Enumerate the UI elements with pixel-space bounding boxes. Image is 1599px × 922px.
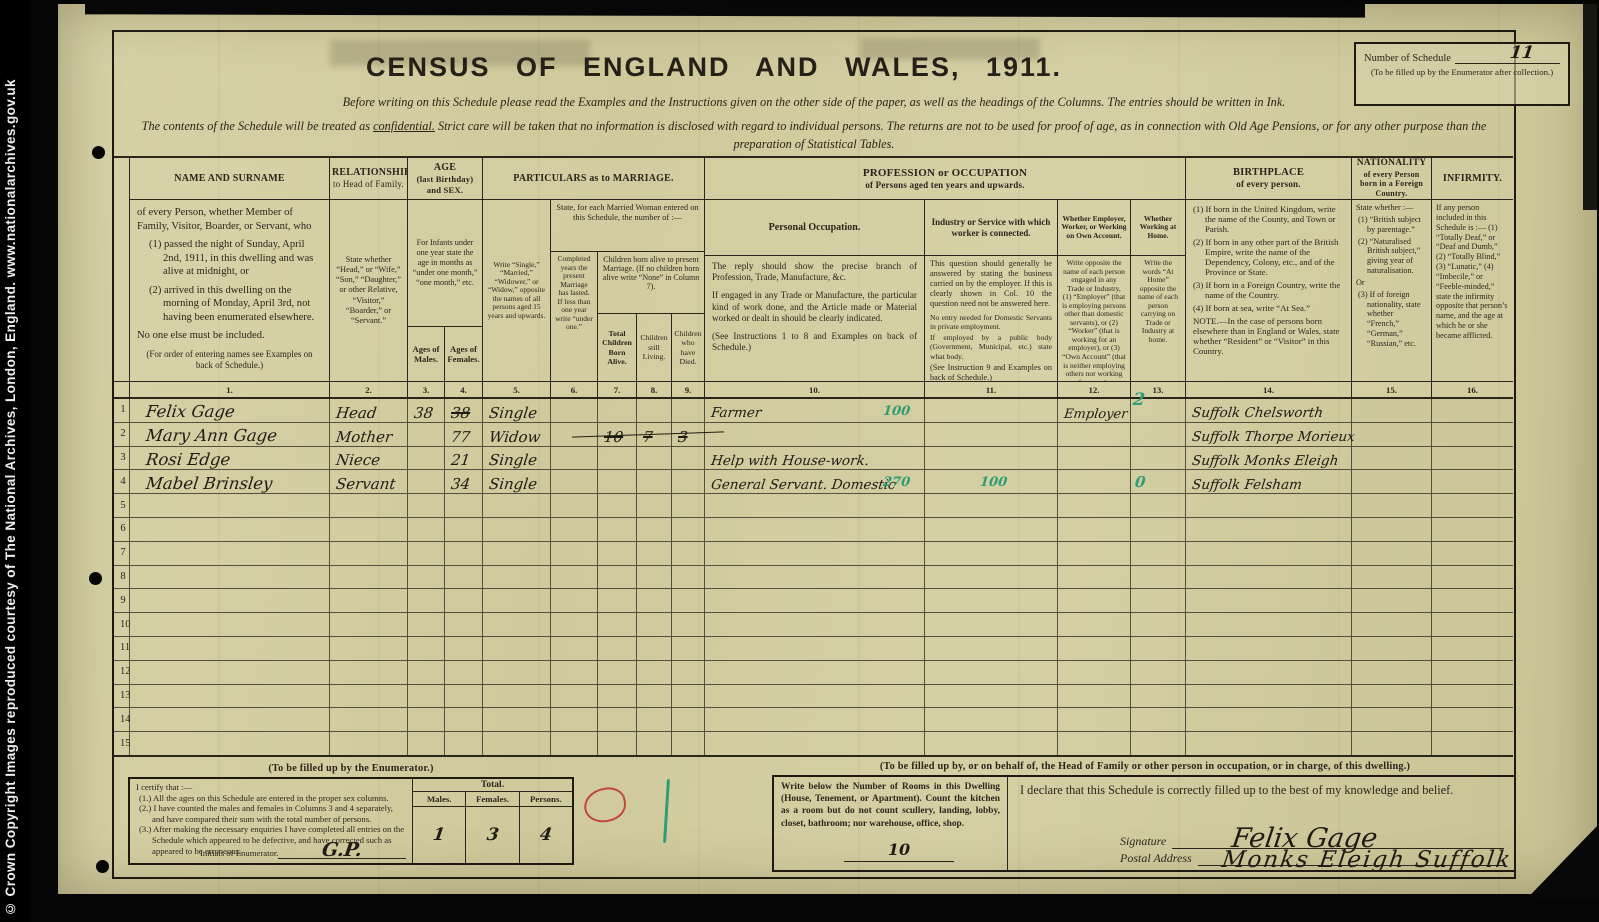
row-number: 7 <box>120 547 126 558</box>
cell-infirmity <box>1432 423 1513 446</box>
handwritten-entry: Niece <box>335 453 381 468</box>
cell-age_f <box>445 685 483 708</box>
cell-birthplace <box>1186 518 1352 541</box>
cell-occupation: Help with House-work. <box>705 447 925 470</box>
cell-name <box>130 637 330 660</box>
cell-name <box>130 613 330 636</box>
cell-num: 13 <box>114 685 130 708</box>
cell-died <box>672 613 705 636</box>
row-number: 5 <box>120 500 126 511</box>
cell-age_f <box>445 494 483 517</box>
cell-home <box>1131 494 1186 517</box>
column-number-8: 8. <box>637 382 672 397</box>
column-number-10: 10. <box>705 382 925 397</box>
column-number-14: 14. <box>1186 382 1352 397</box>
cell-occupation <box>705 589 925 612</box>
cell-living <box>637 494 672 517</box>
cell-num: 5 <box>114 494 130 517</box>
handwritten-entry: 38 <box>450 406 471 421</box>
cell-living <box>637 399 672 422</box>
cell-age_m <box>408 613 445 636</box>
cell-age_f: 77 <box>445 423 483 446</box>
cell-years <box>551 399 598 422</box>
cell-age_m <box>408 494 445 517</box>
instruction-line: Before writing on this Schedule please r… <box>134 95 1494 110</box>
cell-infirmity <box>1432 399 1513 422</box>
cell-age_m <box>408 447 445 470</box>
handwritten-entry: Suffolk Felsham <box>1191 479 1303 493</box>
cell-num: 10 <box>114 613 130 636</box>
cell-num: 7 <box>114 542 130 565</box>
column-number-7: 7. <box>598 382 637 397</box>
cell-age_m <box>408 566 445 589</box>
cell-marital <box>483 613 551 636</box>
cell-occupation <box>705 542 925 565</box>
table-row-3: 3Rosi EdgeNiece21SingleHelp with House-w… <box>114 447 1513 471</box>
cell-age_m <box>408 470 445 493</box>
cell-age_f <box>445 637 483 660</box>
cell-num: 2 <box>114 423 130 446</box>
cell-num: 9 <box>114 589 130 612</box>
row-number: 10 <box>120 619 126 630</box>
enumerator-box-header: (To be filled up by the Enumerator.) <box>128 763 574 774</box>
cell-infirmity <box>1432 685 1513 708</box>
copyright-text: © Crown Copyright Images reproduced cour… <box>3 0 27 922</box>
cell-age_f <box>445 732 483 755</box>
cell-occupation <box>705 613 925 636</box>
cell-home <box>1131 637 1186 660</box>
col-name-header: NAME AND SURNAME of every Person, whethe… <box>130 158 330 381</box>
cell-nationality <box>1352 542 1432 565</box>
cell-died <box>672 518 705 541</box>
cell-marital <box>483 494 551 517</box>
cell-employment <box>1058 685 1131 708</box>
cell-relationship <box>330 637 408 660</box>
cell-name <box>130 661 330 684</box>
certify-intro: I certify that :— <box>136 782 407 793</box>
cell-age_m <box>408 708 445 731</box>
cell-home <box>1131 518 1186 541</box>
cell-nationality <box>1352 566 1432 589</box>
cell-num: 6 <box>114 518 130 541</box>
row-number: 8 <box>120 571 126 582</box>
cell-years <box>551 685 598 708</box>
cell-died <box>672 732 705 755</box>
cell-nationality <box>1352 637 1432 660</box>
cell-years <box>551 470 598 493</box>
handwritten-entry: 21 <box>450 453 471 468</box>
red-ink-circle <box>581 785 628 826</box>
punch-hole <box>96 860 109 873</box>
row-number: 14 <box>120 714 126 725</box>
cell-infirmity <box>1432 470 1513 493</box>
cell-relationship: Head <box>330 399 408 422</box>
cell-infirmity <box>1432 661 1513 684</box>
cell-infirmity <box>1432 518 1513 541</box>
handwritten-entry: 10 <box>603 430 624 445</box>
handwritten-entry: Single <box>488 477 538 492</box>
row-number: 12 <box>120 666 126 677</box>
handwritten-entry: Suffolk Thorpe Morieux <box>1191 431 1355 445</box>
cell-infirmity <box>1432 589 1513 612</box>
cell-marital: Single <box>483 447 551 470</box>
col-marriage-group-header: PARTICULARS as to MARRIAGE. Write “Singl… <box>483 158 705 381</box>
scan-edge-right <box>1583 0 1599 210</box>
total-persons-value: 4 <box>538 825 553 845</box>
rooms-value: 10 <box>888 840 910 859</box>
certify-item: (2.) I have counted the males and female… <box>136 803 407 824</box>
rooms-instruction: Write below the Number of Rooms in this … <box>781 782 1000 829</box>
cell-industry <box>925 637 1058 660</box>
cell-infirmity <box>1432 732 1513 755</box>
cell-born <box>598 494 637 517</box>
table-row-14: 14 <box>114 708 1513 732</box>
handwritten-entry: Help with House-work. <box>710 455 870 469</box>
handwritten-entry: Single <box>488 453 538 468</box>
cell-age_m <box>408 518 445 541</box>
cell-years <box>551 518 598 541</box>
cell-nationality <box>1352 494 1432 517</box>
cell-marital: Single <box>483 399 551 422</box>
archive-copyright-strip: © Crown Copyright Images reproduced cour… <box>0 0 30 922</box>
cell-years <box>551 494 598 517</box>
cell-died: 3 <box>672 423 705 446</box>
cell-years <box>551 423 598 446</box>
cell-living <box>637 613 672 636</box>
cell-relationship <box>330 589 408 612</box>
cell-home <box>1131 566 1186 589</box>
handwritten-entry: 34 <box>450 477 471 492</box>
cell-birthplace <box>1186 494 1352 517</box>
cell-years <box>551 447 598 470</box>
handwritten-entry: Head <box>335 406 377 421</box>
col-birthplace-header: BIRTHPLACEof every person. (1) If born i… <box>1186 158 1352 381</box>
total-males-value: 1 <box>432 825 447 845</box>
cell-infirmity <box>1432 494 1513 517</box>
green-ink-code: 0 <box>1134 473 1146 491</box>
row-number: 13 <box>120 690 126 701</box>
cell-employment <box>1058 542 1131 565</box>
cell-occupation: General Servant. Domestic270 <box>705 470 925 493</box>
cell-name: Mary Ann Gage <box>130 423 330 446</box>
declaration-box-header: (To be filled up by, or on behalf of, th… <box>774 761 1516 772</box>
cell-died <box>672 566 705 589</box>
cell-birthplace <box>1186 637 1352 660</box>
cell-living <box>637 542 672 565</box>
census-document-scan: © Crown Copyright Images reproduced cour… <box>0 0 1599 922</box>
cell-home <box>1131 613 1186 636</box>
cell-born <box>598 447 637 470</box>
cell-home <box>1131 661 1186 684</box>
row-number: 9 <box>120 595 126 606</box>
schedule-number-line: 11 <box>1455 50 1560 64</box>
cell-living <box>637 566 672 589</box>
col-profession-group-header: PROFESSION or OCCUPATIONof Persons aged … <box>705 158 1186 381</box>
cell-nationality <box>1352 423 1432 446</box>
cell-home <box>1131 447 1186 470</box>
col-infirmity-header: INFIRMITY. If any person included in thi… <box>1432 158 1513 381</box>
cell-died <box>672 708 705 731</box>
total-females-value: 3 <box>485 825 500 845</box>
cell-age_m <box>408 732 445 755</box>
cell-industry <box>925 542 1058 565</box>
row-number: 1 <box>120 404 126 415</box>
cell-employment <box>1058 423 1131 446</box>
row-number: 15 <box>120 738 126 749</box>
cell-industry <box>925 613 1058 636</box>
cell-nationality <box>1352 685 1432 708</box>
cell-years <box>551 708 598 731</box>
cell-marital <box>483 518 551 541</box>
cell-marital <box>483 566 551 589</box>
cell-infirmity <box>1432 566 1513 589</box>
cell-relationship <box>330 494 408 517</box>
cell-nationality <box>1352 708 1432 731</box>
cell-industry <box>925 518 1058 541</box>
cell-years <box>551 613 598 636</box>
handwritten-entry: General Servant. Domestic <box>710 479 896 493</box>
cell-num: 11 <box>114 637 130 660</box>
row-number: 3 <box>120 452 126 463</box>
green-tally-mark <box>663 779 669 843</box>
cell-age_m <box>408 685 445 708</box>
cell-marital <box>483 637 551 660</box>
column-number-6: 6. <box>551 382 598 397</box>
cell-age_f <box>445 589 483 612</box>
cell-age_m <box>408 637 445 660</box>
cell-marital <box>483 708 551 731</box>
schedule-number-value: 11 <box>1508 43 1534 63</box>
column-number-4: 4. <box>445 382 483 397</box>
cell-birthplace <box>1186 661 1352 684</box>
cell-employment <box>1058 708 1131 731</box>
form-title: CENSUS OF ENGLAND AND WALES, 1911. <box>174 52 1254 83</box>
rooms-line: 10 <box>844 840 954 862</box>
cell-birthplace <box>1186 566 1352 589</box>
cell-relationship <box>330 613 408 636</box>
table-row-9: 9 <box>114 589 1513 613</box>
cell-age_f <box>445 566 483 589</box>
column-number-9: 9. <box>672 382 705 397</box>
cell-employment <box>1058 661 1131 684</box>
cell-died <box>672 589 705 612</box>
table-body: 1Felix GageHead3838SingleFarmer100Employ… <box>114 399 1513 757</box>
column-number-5: 5. <box>483 382 551 397</box>
cell-birthplace: Suffolk Thorpe Morieux <box>1186 423 1352 446</box>
cell-num: 3 <box>114 447 130 470</box>
cell-relationship <box>330 708 408 731</box>
cell-born <box>598 470 637 493</box>
table-row-15: 15 <box>114 732 1513 755</box>
declaration-text: I declare that this Schedule is correctl… <box>1020 783 1504 798</box>
cell-age_m <box>408 589 445 612</box>
enumerator-initials: G.P. <box>320 839 363 862</box>
green-ink-code: 100 <box>980 475 1009 490</box>
cell-birthplace <box>1186 613 1352 636</box>
column-number-3: 3. <box>408 382 445 397</box>
cell-occupation <box>705 708 925 731</box>
table-header: NAME AND SURNAME of every Person, whethe… <box>114 156 1513 382</box>
handwritten-entry: Servant <box>335 477 396 492</box>
cell-home: 2 <box>1131 399 1186 422</box>
cell-relationship <box>330 542 408 565</box>
handwritten-entry: 77 <box>450 430 471 445</box>
cell-occupation <box>705 423 925 446</box>
green-ink-code: 2 <box>1132 390 1146 410</box>
cell-num: 15 <box>114 732 130 755</box>
cell-home <box>1131 542 1186 565</box>
cell-home <box>1131 732 1186 755</box>
row-number: 11 <box>120 642 126 653</box>
cell-nationality <box>1352 447 1432 470</box>
row-number: 2 <box>120 428 126 439</box>
cell-died <box>672 637 705 660</box>
cell-years <box>551 661 598 684</box>
cell-born <box>598 399 637 422</box>
cell-home <box>1131 589 1186 612</box>
cell-home <box>1131 708 1186 731</box>
cell-nationality <box>1352 589 1432 612</box>
table-row-12: 12 <box>114 661 1513 685</box>
cell-age_m <box>408 542 445 565</box>
column-number-12: 12. <box>1058 382 1131 397</box>
cell-relationship <box>330 566 408 589</box>
cell-name <box>130 685 330 708</box>
cell-employment <box>1058 518 1131 541</box>
cell-relationship <box>330 518 408 541</box>
cell-home <box>1131 423 1186 446</box>
cell-industry <box>925 732 1058 755</box>
cell-marital <box>483 589 551 612</box>
cell-born <box>598 685 637 708</box>
column-number-16: 16. <box>1432 382 1513 397</box>
cell-relationship: Mother <box>330 423 408 446</box>
cell-age_m <box>408 423 445 446</box>
declaration-box: Write below the Number of Rooms in this … <box>772 775 1516 872</box>
cell-name <box>130 494 330 517</box>
persons-column-label: Persons. <box>520 792 572 806</box>
row-number: 6 <box>120 523 126 534</box>
table-row-5: 5 <box>114 494 1513 518</box>
table-row-10: 10 <box>114 613 1513 637</box>
column-number-1: 1. <box>130 382 330 397</box>
column-number-11: 11. <box>925 382 1058 397</box>
cell-employment <box>1058 589 1131 612</box>
cell-employment <box>1058 637 1131 660</box>
cell-years <box>551 566 598 589</box>
cell-home: 0 <box>1131 470 1186 493</box>
cell-marital: Widow <box>483 423 551 446</box>
handwritten-entry: Farmer <box>710 407 762 421</box>
cell-name <box>130 589 330 612</box>
cell-marital: Single <box>483 470 551 493</box>
cell-nationality <box>1352 661 1432 684</box>
postal-address-line: Monks Eleigh Suffolk <box>1198 856 1504 866</box>
cell-died <box>672 494 705 517</box>
cell-living <box>637 589 672 612</box>
cell-birthplace <box>1186 732 1352 755</box>
handwritten-entry: Mother <box>335 430 393 445</box>
handwritten-entry: Rosi Edge <box>135 452 231 469</box>
cell-birthplace <box>1186 708 1352 731</box>
cell-occupation <box>705 637 925 660</box>
cell-living <box>637 708 672 731</box>
handwritten-entry: 38 <box>413 406 434 421</box>
cell-occupation <box>705 566 925 589</box>
cell-nationality <box>1352 613 1432 636</box>
census-table: NAME AND SURNAME of every Person, whethe… <box>114 156 1513 757</box>
cell-industry <box>925 447 1058 470</box>
cell-employment <box>1058 447 1131 470</box>
cell-birthplace <box>1186 542 1352 565</box>
table-row-2: 2Mary Ann GageMother77Widow1073Suffolk T… <box>114 423 1513 447</box>
initials-label: Initials of Enumerator. <box>200 848 278 859</box>
table-row-1: 1Felix GageHead3838SingleFarmer100Employ… <box>114 399 1513 423</box>
cell-years <box>551 542 598 565</box>
cell-marital <box>483 661 551 684</box>
cell-age_f <box>445 708 483 731</box>
punch-hole <box>92 146 105 159</box>
table-row-7: 7 <box>114 542 1513 566</box>
cell-infirmity <box>1432 637 1513 660</box>
cell-infirmity <box>1432 542 1513 565</box>
cell-industry <box>925 589 1058 612</box>
handwritten-entry: Mary Ann Gage <box>135 428 278 445</box>
cell-died <box>672 685 705 708</box>
cell-age_f <box>445 613 483 636</box>
postal-address-value: Monks Eleigh Suffolk <box>1220 847 1514 873</box>
cell-age_f: 21 <box>445 447 483 470</box>
handwritten-entry: 7 <box>642 430 653 445</box>
cell-living <box>637 470 672 493</box>
row-number-column <box>114 382 130 397</box>
cell-nationality <box>1352 470 1432 493</box>
cell-born <box>598 613 637 636</box>
enumerator-box: I certify that :— (1.) All the ages on t… <box>128 777 574 865</box>
cell-nationality <box>1352 732 1432 755</box>
cell-employment <box>1058 566 1131 589</box>
signature-label: Signature <box>1120 834 1166 849</box>
cell-relationship <box>330 661 408 684</box>
cell-born <box>598 661 637 684</box>
handwritten-entry: Widow <box>488 430 541 445</box>
cell-born <box>598 637 637 660</box>
table-row-13: 13 <box>114 685 1513 709</box>
initials-line: G.P. <box>278 847 406 859</box>
cell-occupation <box>705 685 925 708</box>
column-number-row: 1.2.3.4.5.6.7.8.9.10.11.12.13.14.15.16. <box>114 382 1513 399</box>
cell-num: 1 <box>114 399 130 422</box>
cell-birthplace: Suffolk Chelsworth <box>1186 399 1352 422</box>
cell-employment <box>1058 494 1131 517</box>
cell-age_f <box>445 661 483 684</box>
cell-relationship <box>330 732 408 755</box>
cell-died <box>672 447 705 470</box>
cell-employment <box>1058 732 1131 755</box>
col-age-header: AGE(last Birthday) and SEX. For Infants … <box>408 158 483 381</box>
column-number-2: 2. <box>330 382 408 397</box>
cell-birthplace: Suffolk Felsham <box>1186 470 1352 493</box>
cell-nationality <box>1352 518 1432 541</box>
cell-industry <box>925 423 1058 446</box>
cell-name: Felix Gage <box>130 399 330 422</box>
table-row-6: 6 <box>114 518 1513 542</box>
cell-infirmity <box>1432 613 1513 636</box>
cell-infirmity <box>1432 708 1513 731</box>
certify-item: (1.) All the ages on this Schedule are e… <box>136 793 407 804</box>
cell-industry <box>925 399 1058 422</box>
punch-hole <box>89 572 102 585</box>
